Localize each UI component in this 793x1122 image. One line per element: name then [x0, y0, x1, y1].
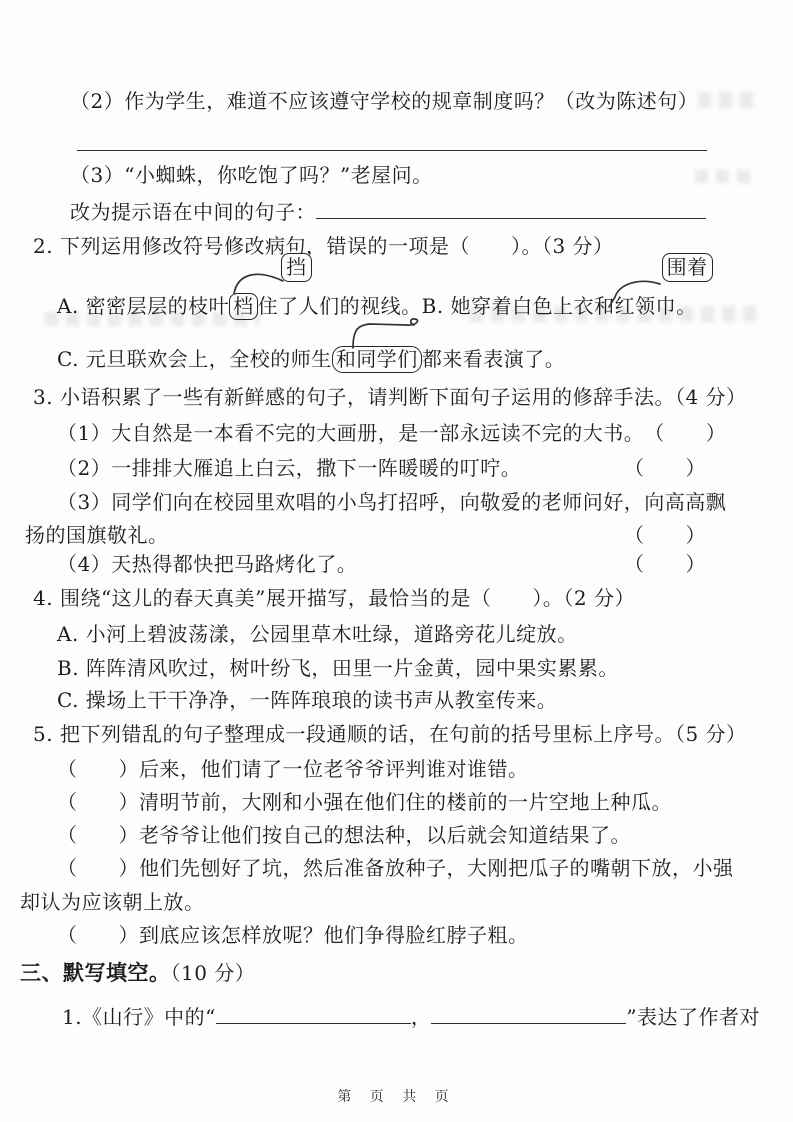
q1-item3-text: （3）“小蜘蛛，你吃饱了吗？”老屋问。: [70, 163, 433, 187]
q5-item1-text: 后来，他们请了一位老爷爷评判谁对谁错。: [139, 757, 529, 781]
q2-b-pre: B. 她穿着白色上衣和: [422, 294, 615, 318]
delete-mark-squiggle: [348, 319, 436, 349]
q3-item3-line2: 扬的国旗敬礼。 （ ）: [25, 522, 706, 549]
q4-option-a: A. 小河上碧波荡漾，公园里草木吐绿，道路旁花儿绽放。: [57, 621, 578, 648]
q5-item3-order-paren: （ ）: [57, 823, 139, 847]
q5-item3-text: 老爷爷让他们按自己的想法种，以后就会知道结果了。: [139, 823, 631, 847]
q5-item4-line1-text: 他们先刨好了坑，然后准备放种子，大刚把瓜子的嘴朝下放，小强: [139, 856, 734, 880]
section3-item1-pre: 1.《山行》中的“: [62, 1005, 216, 1029]
q2-option-c: C. 元旦联欢会上，全校的师生和同学们都来看表演了。: [57, 346, 565, 373]
q5-item4-line2: 却认为应该朝上放。: [20, 889, 205, 916]
q4-option-b: B. 阵阵清风吹过，树叶纷飞，田里一片金黄，园中果实累累。: [57, 655, 619, 682]
q1-item2: （2）作为学生，难道不应该遵守学校的规章制度吗？（改为陈述句）: [70, 88, 698, 115]
q2-c-boxed-deleted-text: 和同学们: [332, 346, 422, 373]
q2-a-post: 住了人们的视线。: [258, 294, 422, 318]
q1-item2-answer-blank: [77, 129, 707, 151]
q2-a-boxed-wrong-char: 档: [229, 293, 258, 320]
q3-item1: （1）大自然是一本看不完的大画册，是一部永远读不完的大书。 （ ）: [57, 420, 706, 447]
q3-item3-line1: （3）同学们向在校园里欢唱的小鸟打招呼，向敬爱的老师问好，向高高飘: [57, 489, 726, 516]
q1-item3-prompt-line: 改为提示语在中间的句子：: [70, 198, 706, 225]
q2-a-replacement-label: 挡: [281, 253, 312, 282]
q5-item1-order-paren: （ ）: [57, 757, 139, 781]
q5-item5: （ ）到底应该怎样放呢？他们争得脸红脖子粗。: [57, 922, 529, 949]
q5-item4-line1: （ ）他们先刨好了坑，然后准备放种子，大刚把瓜子的嘴朝下放，小强: [57, 855, 734, 882]
q2-option-ab: A. 密密层层的枝叶档挡住了人们的视线。B. 她穿着白色上衣和红领巾。围着: [57, 293, 697, 320]
q4-option-c: C. 操场上干干净净，一阵阵琅琅的读书声从教室传来。: [57, 687, 557, 714]
q3-item3-answer-paren: （ ）: [624, 522, 706, 549]
section3-item1-blank2: [431, 1003, 626, 1024]
bleedthrough-artifact: [698, 92, 760, 108]
bleedthrough-artifact: [695, 170, 753, 183]
q1-item3-answer-blank: [316, 198, 706, 219]
q5-item5-text: 到底应该怎样放呢？他们争得脸红脖子粗。: [139, 923, 529, 947]
section3-heading-score: （10 分）: [171, 961, 256, 985]
exam-paper-page: （2）作为学生，难道不应该遵守学校的规章制度吗？（改为陈述句） （3）“小蜘蛛，…: [0, 0, 793, 1122]
q3-item3-line2-text: 扬的国旗敬礼。: [25, 522, 169, 549]
q3-item4-text: （4）天热得都快把马路烤化了。: [57, 551, 357, 578]
section3-heading-title: 三、默写填空。: [20, 961, 171, 985]
section3-item1-close: ”表达了作者对: [626, 1005, 760, 1029]
section3-item1-blank1: [216, 1003, 411, 1024]
section3-heading: 三、默写填空。（10 分）: [20, 960, 255, 987]
q3-item2-text: （2）一排排大雁追上白云，撒下一阵暖暖的叮咛。: [57, 455, 521, 482]
q5-item2-text: 清明节前，大刚和小强在他们住的楼前的一片空地上种瓜。: [139, 790, 672, 814]
q5-item3: （ ）老爷爷让他们按自己的想法种，以后就会知道结果了。: [57, 822, 631, 849]
q5-item1: （ ）后来，他们请了一位老爷爷评判谁对谁错。: [57, 756, 529, 783]
q5-item2: （ ）清明节前，大刚和小强在他们住的楼前的一片空地上种瓜。: [57, 789, 672, 816]
q2-b-post: 红领巾。: [615, 294, 697, 318]
q3-item2-answer-paren: （ ）: [624, 455, 706, 482]
q1-item3: （3）“小蜘蛛，你吃饱了吗？”老屋问。: [70, 162, 433, 189]
q2-b-insert-wrapper: 红领巾。围着: [615, 293, 697, 320]
q2-heading: 2. 下列运用修改符号修改病句，错误的一项是（ ）。（3 分）: [33, 233, 614, 260]
section3-item1-comma: ，: [411, 1005, 432, 1029]
q5-item5-order-paren: （ ）: [57, 923, 139, 947]
q4-heading: 4. 围绕“这儿的春天真美”展开描写，最恰当的是（ ）。（2 分）: [33, 585, 635, 612]
q3-item4-answer-paren: （ ）: [624, 551, 706, 578]
q3-item2: （2）一排排大雁追上白云，撒下一阵暖暖的叮咛。 （ ）: [57, 455, 706, 482]
q2-a-pre: A. 密密层层的枝叶: [57, 294, 229, 318]
q2-c-post: 都来看表演了。: [422, 347, 566, 371]
q2-c-delete-wrapper: 和同学们: [332, 346, 422, 373]
q3-item4: （4）天热得都快把马路烤化了。 （ ）: [57, 551, 706, 578]
q3-item1-answer-paren: （ ）: [644, 420, 726, 447]
q5-item2-order-paren: （ ）: [57, 790, 139, 814]
q3-heading: 3. 小语积累了一些有新鲜感的句子，请判断下面句子运用的修辞手法。（4 分）: [33, 384, 747, 411]
section3-item1: 1.《山行》中的“，”表达了作者对: [62, 1003, 760, 1030]
page-footer: 第 页 共 页: [0, 1086, 793, 1106]
q2-b-insertion-label: 围着: [662, 253, 713, 282]
q1-item3-prompt: 改为提示语在中间的句子：: [70, 200, 316, 224]
q5-item4-order-paren: （ ）: [57, 856, 139, 880]
q2-c-pre: C. 元旦联欢会上，全校的师生: [57, 347, 332, 371]
q5-heading: 5. 把下列错乱的句子整理成一段通顺的话，在句前的括号里标上序号。（5 分）: [33, 721, 747, 748]
q3-item1-text: （1）大自然是一本看不完的大画册，是一部永远读不完的大书。: [57, 420, 644, 447]
q2-a-replace-wrapper: 档挡: [229, 293, 258, 320]
q1-item2-text: （2）作为学生，难道不应该遵守学校的规章制度吗？（改为陈述句）: [70, 89, 698, 113]
